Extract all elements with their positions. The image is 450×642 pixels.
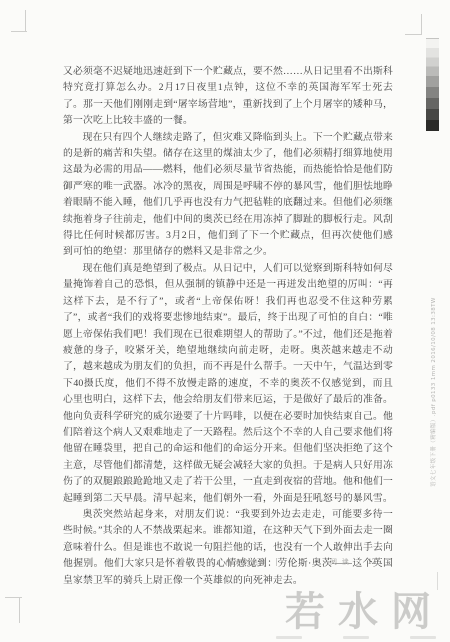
footer-lesson: 21 伟大的悲剧: [212, 558, 282, 568]
lesson-title: 伟大的悲剧: [225, 559, 268, 567]
paragraph: 现在只有四个人继续走路了，但灾难又降临到头上。下一个贮藏点带来的是新的痛苦和失望…: [63, 130, 393, 261]
watermark-subtext: [276, 636, 436, 640]
article-text: 又必须毫不迟疑地迅速赶到下一个贮藏点，要不然……从日记里看不出斯科特究竟打算怎么…: [63, 64, 393, 589]
crop-mark-top-right: [421, 14, 422, 35]
paragraph: 现在他们真是绝望到了极点。从日记中，人们可以觉察到斯科特如何尽量掩饰着自己的恐惧…: [63, 261, 393, 507]
grayscale-calibration-bar: [426, 38, 439, 131]
footer-section-page: 阅 读 127: [330, 557, 380, 567]
crop-mark-top-left: [11, 31, 27, 32]
scanned-book-page: 又必须毫不迟疑地迅速赶到下一个贮藏点，要不然……从日记里看不出斯科特究竟打算怎么…: [0, 0, 450, 642]
paragraph-continuation: 又必须毫不迟疑地迅速赶到下一个贮藏点，要不然……从日记里看不出斯科特究竟打算怎么…: [63, 64, 393, 130]
lesson-number: 21: [212, 559, 222, 567]
footer-divider: [276, 558, 277, 566]
section-label: 阅 读: [330, 558, 350, 566]
edge-production-text: 语文七年级下册（精编版）.pdf p0133 1mm 2016/10/08 13…: [429, 297, 437, 487]
crop-mark-bottom-right: [437, 572, 438, 590]
crop-mark-bottom-left: [19, 597, 20, 623]
paragraph: 奥茨突然站起身来，对朋友们说：“我要到外边去走走，可能要多待一些时候。”其余的人…: [63, 507, 393, 589]
page-number: 127: [368, 557, 380, 566]
footer-divider: [359, 557, 360, 565]
watermark-text: 若水网: [285, 592, 444, 632]
crop-mark-top-left: [25, 10, 26, 32]
crop-mark-top-right: [405, 34, 422, 35]
